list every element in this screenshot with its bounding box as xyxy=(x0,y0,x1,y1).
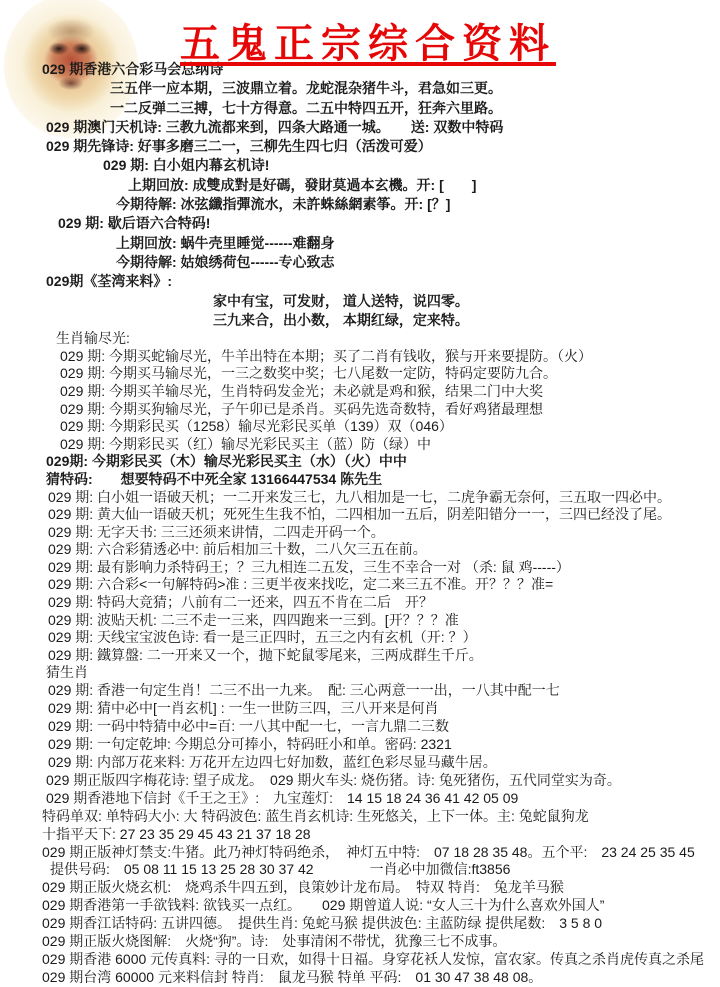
text-line: 029 期正版神灯禁支:牛猪。此乃神灯特码绝杀， 神灯五中特: 07 18 28… xyxy=(42,844,720,862)
text-line: 今期待解: 冰弦纖指彈流水，未許蛛絲網素筝。开: [？] xyxy=(116,195,720,214)
text-line: 提供号码: 05 08 11 15 13 25 28 30 37 42 一肖必中… xyxy=(50,861,720,879)
text-line: 029 期: 白小姐一语破天机；一二开来发三七，九八相加是一七，二虎争霸无奈何，… xyxy=(48,489,720,507)
text-line: 029 期: 一码中特猜中必中=百: 一八其中配一七，一言九鼎二三数 xyxy=(48,718,720,736)
text-line: 029 期正版火烧玄机: 烧鸡杀牛四五到，良策妙计龙布局。 特双 特肖: 兔龙羊… xyxy=(42,879,720,897)
text-line: 猜生肖 xyxy=(46,664,720,682)
text-line: 029 期台湾 60000 元来料信封 特肖: 鼠龙马猴 特单 平码: 01 3… xyxy=(42,969,720,987)
text-line: 029期: 今期彩民买（木）输尽光彩民买主（水）（火）中中 xyxy=(46,453,720,471)
text-line: 029 期澳门天机诗: 三教九流都来到，四条大路通一城。 送: 双数中特码 xyxy=(46,118,720,137)
text-line: 029期《荃湾来料》: xyxy=(46,272,720,291)
text-line: 029 期: 歇后语六合特码! xyxy=(58,214,720,233)
text-line: 029 期: 香港一句定生肖！二三不出一九来。 配: 三心两意一一出，一八其中配… xyxy=(48,682,720,700)
text-line: 029 期香江话特码: 五讲四德。 提供生肖: 兔蛇马猴 提供波色: 主蓝防绿 … xyxy=(42,915,720,933)
text-line: 029 期: 今期买马输尽光，一三之数奖中奖；七八尾数一定防，特码定要防九合。 xyxy=(60,365,720,383)
text-line: 029 期正版火烧图解: 火烧“狗”。诗: 处事清闲不带忧，犹豫三七不成事。 xyxy=(42,933,720,951)
top-poems-block: 029 期香港六合彩马会总纲诗三五伴一应本期，三波鼎立着。龙蛇混杂猪牛斗，君急如… xyxy=(0,60,720,330)
text-line: 029 期: 波贴天机: 二三不走一三来，四四跑来一三到。[开？？？准 xyxy=(48,612,720,630)
text-line: 029 期: 猜中必中[一肖玄机] : 一生一世防三四，三八开来是何肖 xyxy=(48,700,720,718)
text-line: 三五伴一应本期，三波鼎立着。龙蛇混杂猪牛斗，君急如三更。 xyxy=(110,79,720,98)
text-line: 上期回放: 成雙成對是好碼，發財莫過本玄機。开: [ ] xyxy=(128,176,720,195)
page-title: 五鬼正宗综合资料 xyxy=(180,12,556,69)
lottery-tip-sheet: 五鬼正宗综合资料 029 期香港六合彩马会总纲诗三五伴一应本期，三波鼎立着。龙蛇… xyxy=(0,0,720,987)
text-line: 029 期香港 6000 元传真料: 寻的一日欢，如得十日福。身穿花袄人发惊，富… xyxy=(42,951,720,969)
text-line: 家中有宝，可发财， 道人送特，说四零。 xyxy=(213,292,720,311)
text-line: 029 期先锋诗: 好事多磨三二一，三柳先生四七归（活泼可爱） xyxy=(46,137,720,156)
text-line: 特码单双: 单特码大小: 大 特码波色: 蓝生肖玄机诗: 生死悠关，上下一体。主… xyxy=(42,808,720,826)
text-line: 十指平天下: 27 23 35 29 45 43 21 37 18 28 xyxy=(42,826,720,844)
text-line: 029 期: 鐵算盤: 二一开来又一个，抛下蛇鼠零尾来，三两成群生千斤。 xyxy=(48,647,720,665)
text-line: 猜特码: 想要特码不中死全家 13166447534 陈先生 xyxy=(46,471,720,489)
text-line: 029 期: 内部万花来料: 万花开左边四七好加数，蓝红色彩尽显马藏牛居。 xyxy=(48,754,720,772)
text-line: 029 期: 六合彩<一句解特码>准 : 三更半夜来找吃，定二来三五不准。开？？… xyxy=(48,576,720,594)
text-line: 029 期: 今期买羊输尽光，生肖特码发金光；未必就是鸡和猴，结果二门中大奖 xyxy=(60,383,720,401)
text-line: 今期待解: 姑娘绣荷包------专心致志 xyxy=(116,253,720,272)
text-line: 029 期: 今期买蛇输尽光，牛羊出特在本期；买了二肖有钱收，猴与开来要提防。（… xyxy=(60,348,720,366)
text-line: 029 期: 今期彩民买（红）输尽光彩民买主（蓝）防（绿）中 xyxy=(60,436,720,454)
text-line: 029 期正版四字梅花诗: 望子成龙。 029 期火车头: 烧伤猪。诗: 兔死猪… xyxy=(46,772,720,790)
content-lines: 029 期香港六合彩马会总纲诗三五伴一应本期，三波鼎立着。龙蛇混杂猪牛斗，君急如… xyxy=(0,60,720,987)
shengxiao-and-bottom-block: 猜生肖029 期: 香港一句定生肖！二三不出一九来。 配: 三心两意一一出，一八… xyxy=(0,664,720,986)
text-line: 生肖输尽光: xyxy=(56,330,720,348)
text-line: 三九来合，出小数， 本期红绿，定来特。 xyxy=(213,311,720,330)
text-line: 029 期香港第一手欲钱料: 欲钱买一点红。 029 期曾道人说: “女人三十为… xyxy=(42,897,720,915)
text-line: 029 期: 今期彩民买（1258）输尽光彩民买单（139）双（046） xyxy=(60,418,720,436)
text-line: 029 期: 一句定乾坤: 今期总分可捧小，特码旺小和单。密码: 2321 xyxy=(48,736,720,754)
text-line: 029 期: 天线宝宝波色诗: 看一是三正四时，五三之内有玄机（开: ？） xyxy=(48,629,720,647)
text-line: 一二反弹二三搏，七十方得意。二五中特四五开，狂奔六里路。 xyxy=(110,99,720,118)
text-line: 上期回放: 蜗牛壳里睡觉------难翻身 xyxy=(116,234,720,253)
text-line: 029 期香港地下信封《千王之王》: 九宝莲灯: 14 15 18 24 36 … xyxy=(46,790,720,808)
text-line: 029 期: 特码大竞猜；八前有二一还来，四五不肯在二后 开？ xyxy=(48,594,720,612)
text-line: 029 期: 黄大仙一语破天机；死死生生我不怕，二四相加一五后，阴差阳错分一一，… xyxy=(48,506,720,524)
text-line: 029 期: 无字天书: 三三还须来讲情，二四走开码一个。 xyxy=(48,524,720,542)
shujinguang-and-tianji-block: 生肖输尽光:029 期: 今期买蛇输尽光，牛羊出特在本期；买了二肖有钱收，猴与开… xyxy=(0,330,720,664)
text-line: 029 期: 六合彩猜透必中: 前后相加三十数，二八欠三五在前。 xyxy=(48,541,720,559)
text-line: 029 期: 白小姐内幕玄机诗! xyxy=(103,156,720,175)
text-line: 029 期: 最有影响力杀特码王；？三九相连二五发，三生不幸合一对 （杀: 鼠 … xyxy=(48,559,720,577)
text-line: 029 期: 今期买狗输尽光，子午卯已是杀肖。买码先选奇数特，看好鸡猪最理想 xyxy=(60,401,720,419)
